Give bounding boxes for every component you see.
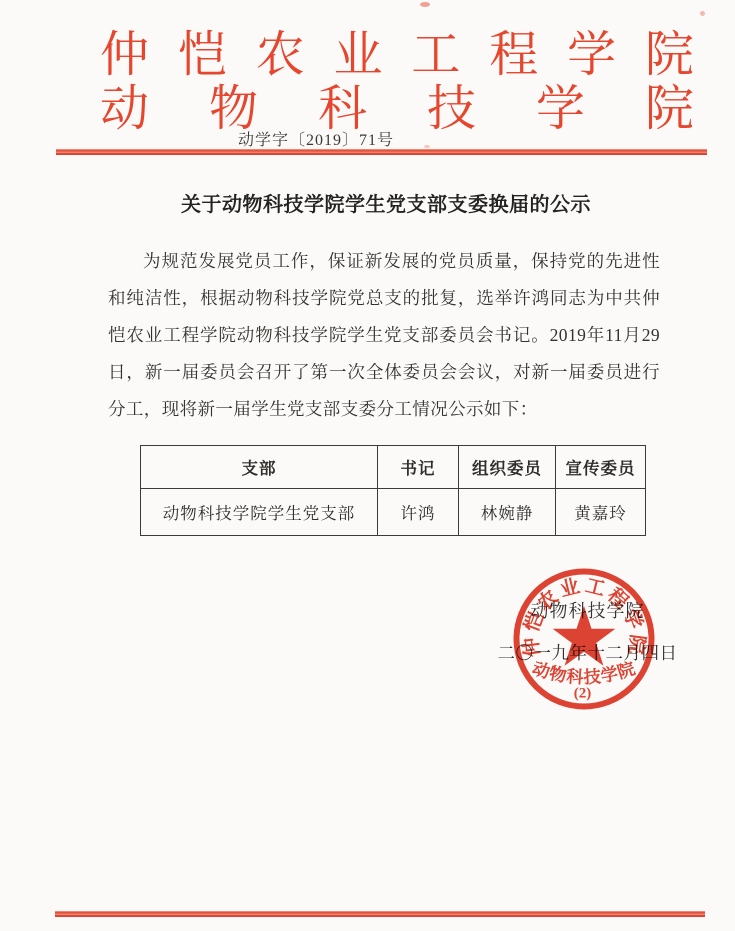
column-header-secretary: 书记: [378, 446, 459, 489]
letterhead-char: 工: [411, 30, 460, 79]
letterhead-college-text: 动物科技学院: [100, 84, 694, 133]
letterhead-char: 科: [318, 84, 367, 133]
cell-organization-name: 林婉静: [459, 489, 556, 536]
letterhead-char: 物: [209, 84, 258, 133]
star-icon: [553, 606, 616, 666]
scanned-official-notice-page: 仲恺农业工程学院 动物科技学院 动学字〔2019〕71号 关于动物科技学院学生党…: [0, 0, 735, 931]
column-header-organization: 组织委员: [459, 446, 556, 489]
cell-branch-name: 动物科技学院学生党支部: [141, 489, 378, 536]
seal-bottom-text-element: 动物科技学院: [530, 658, 638, 687]
letterhead-red-rule: [56, 149, 707, 155]
notice-title: 关于动物科技学院学生党支部支委换届的公示: [110, 188, 662, 217]
committee-assignment-table: 支部 书记 组织委员 宣传委员 动物科技学院学生党支部 许鸿 林婉静 黄嘉玲: [140, 445, 646, 536]
official-red-seal: 仲恺农业工程学院 动物科技学院 (2): [509, 564, 659, 714]
letterhead-char: 仲: [100, 30, 149, 79]
seal-number: (2): [574, 686, 592, 702]
column-header-publicity: 宣传委员: [556, 446, 646, 489]
letterhead-college-name: 动物科技学院: [100, 84, 694, 133]
document-number: 动学字〔2019〕71号: [166, 127, 466, 150]
letterhead-char: 恺: [178, 30, 227, 79]
letterhead-char: 程: [489, 30, 538, 79]
footer-red-rule: [55, 911, 705, 917]
letterhead-char: 院: [645, 30, 694, 79]
cell-secretary-name: 许鸿: [378, 489, 459, 536]
letterhead-char: 院: [645, 84, 694, 133]
scan-artifact: [420, 2, 430, 7]
letterhead-university-name: 仲恺农业工程学院: [100, 30, 694, 79]
letterhead-char: 技: [427, 84, 476, 133]
column-header-branch: 支部: [141, 446, 378, 489]
letterhead-char: 农: [256, 30, 305, 79]
scan-artifact: [700, 11, 705, 16]
letterhead-char: 动: [100, 84, 149, 133]
letterhead-char: 业: [334, 30, 383, 79]
letterhead-university-text: 仲恺农业工程学院: [100, 30, 694, 79]
seal-bottom-text: 动物科技学院: [530, 658, 638, 687]
cell-publicity-name: 黄嘉玲: [556, 489, 646, 536]
letterhead-char: 学: [567, 30, 616, 79]
letterhead-char: 学: [536, 84, 585, 133]
table-header-row: 支部 书记 组织委员 宣传委员: [141, 446, 646, 489]
notice-body-paragraph: 为规范发展党员工作，保证新发展的党员质量，保持党的先进性和纯洁性，根据动物科技学…: [108, 243, 660, 428]
table-row: 动物科技学院学生党支部 许鸿 林婉静 黄嘉玲: [141, 489, 646, 536]
